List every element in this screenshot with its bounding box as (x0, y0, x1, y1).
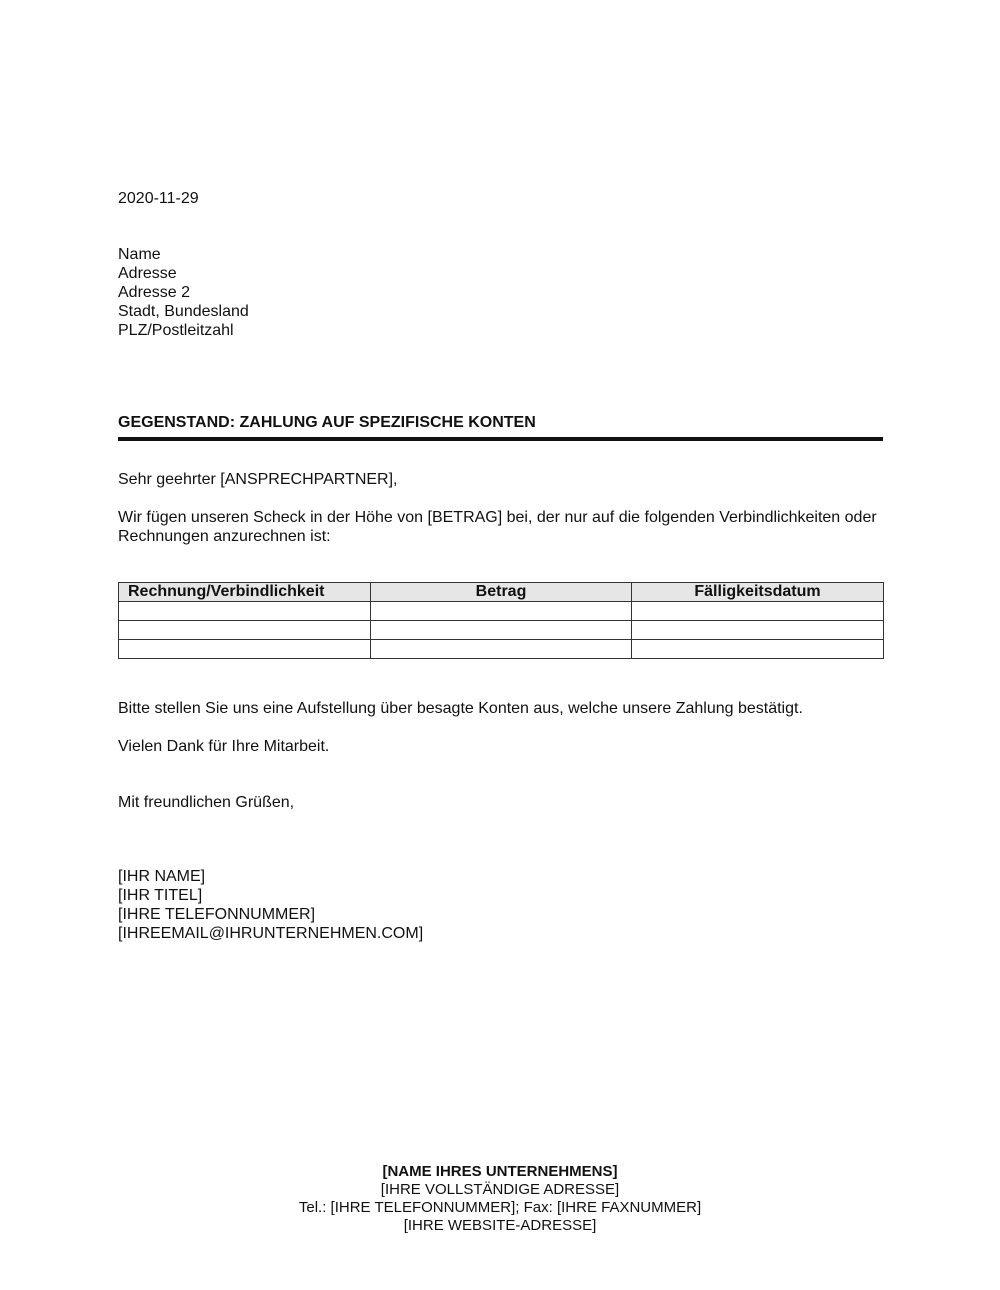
footer-contact: Tel.: [IHRE TELEFONNUMMER]; Fax: [IHRE F… (0, 1199, 1000, 1217)
signer-title: [IHR TITEL] (118, 886, 423, 905)
intro-paragraph: Wir fügen unseren Scheck in der Höhe von… (118, 508, 888, 546)
footer-website: [IHRE WEBSITE-ADRESSE] (0, 1217, 1000, 1235)
cell-due-date (632, 640, 884, 659)
cell-due-date (632, 621, 884, 640)
recipient-address-block: Name Adresse Adresse 2 Stadt, Bundesland… (118, 245, 249, 340)
table-row (119, 640, 884, 659)
recipient-postal-code: PLZ/Postleitzahl (118, 321, 249, 340)
table-header-row: Rechnung/Verbindlichkeit Betrag Fälligke… (119, 583, 884, 602)
cell-invoice (119, 602, 371, 621)
header-invoice-liability: Rechnung/Verbindlichkeit (119, 583, 371, 602)
letter-page: 2020-11-29 Name Adresse Adresse 2 Stadt,… (0, 0, 1000, 1290)
salutation: Sehr geehrter [ANSPRECHPARTNER], (118, 470, 398, 489)
signer-name: [IHR NAME] (118, 867, 423, 886)
closing-request: Bitte stellen Sie uns eine Aufstellung ü… (118, 699, 803, 718)
letter-footer: [NAME IHRES UNTERNEHMENS] [IHRE VOLLSTÄN… (0, 1163, 1000, 1235)
recipient-address-line-1: Adresse (118, 264, 249, 283)
letter-date: 2020-11-29 (118, 189, 199, 208)
footer-address: [IHRE VOLLSTÄNDIGE ADRESSE] (0, 1181, 1000, 1199)
invoice-table: Rechnung/Verbindlichkeit Betrag Fälligke… (118, 582, 884, 659)
signer-phone: [IHRE TELEFONNUMMER] (118, 905, 423, 924)
recipient-name: Name (118, 245, 249, 264)
table-row (119, 621, 884, 640)
signature-block: [IHR NAME] [IHR TITEL] [IHRE TELEFONNUMM… (118, 867, 423, 943)
cell-amount (371, 602, 632, 621)
cell-amount (371, 640, 632, 659)
table-row (119, 602, 884, 621)
subject-line: GEGENSTAND: ZAHLUNG AUF SPEZIFISCHE KONT… (118, 413, 536, 432)
signer-email: [IHREEMAIL@IHRUNTERNEHMEN.COM] (118, 924, 423, 943)
cell-invoice (119, 621, 371, 640)
recipient-address-line-2: Adresse 2 (118, 283, 249, 302)
closing-thanks: Vielen Dank für Ihre Mitarbeit. (118, 737, 329, 756)
cell-amount (371, 621, 632, 640)
subject-divider (118, 437, 883, 441)
header-due-date: Fälligkeitsdatum (632, 583, 884, 602)
cell-due-date (632, 602, 884, 621)
cell-invoice (119, 640, 371, 659)
footer-company-name: [NAME IHRES UNTERNEHMENS] (0, 1163, 1000, 1181)
header-amount: Betrag (371, 583, 632, 602)
regards: Mit freundlichen Grüßen, (118, 793, 294, 812)
recipient-city-state: Stadt, Bundesland (118, 302, 249, 321)
invoice-table-container: Rechnung/Verbindlichkeit Betrag Fälligke… (118, 582, 883, 659)
